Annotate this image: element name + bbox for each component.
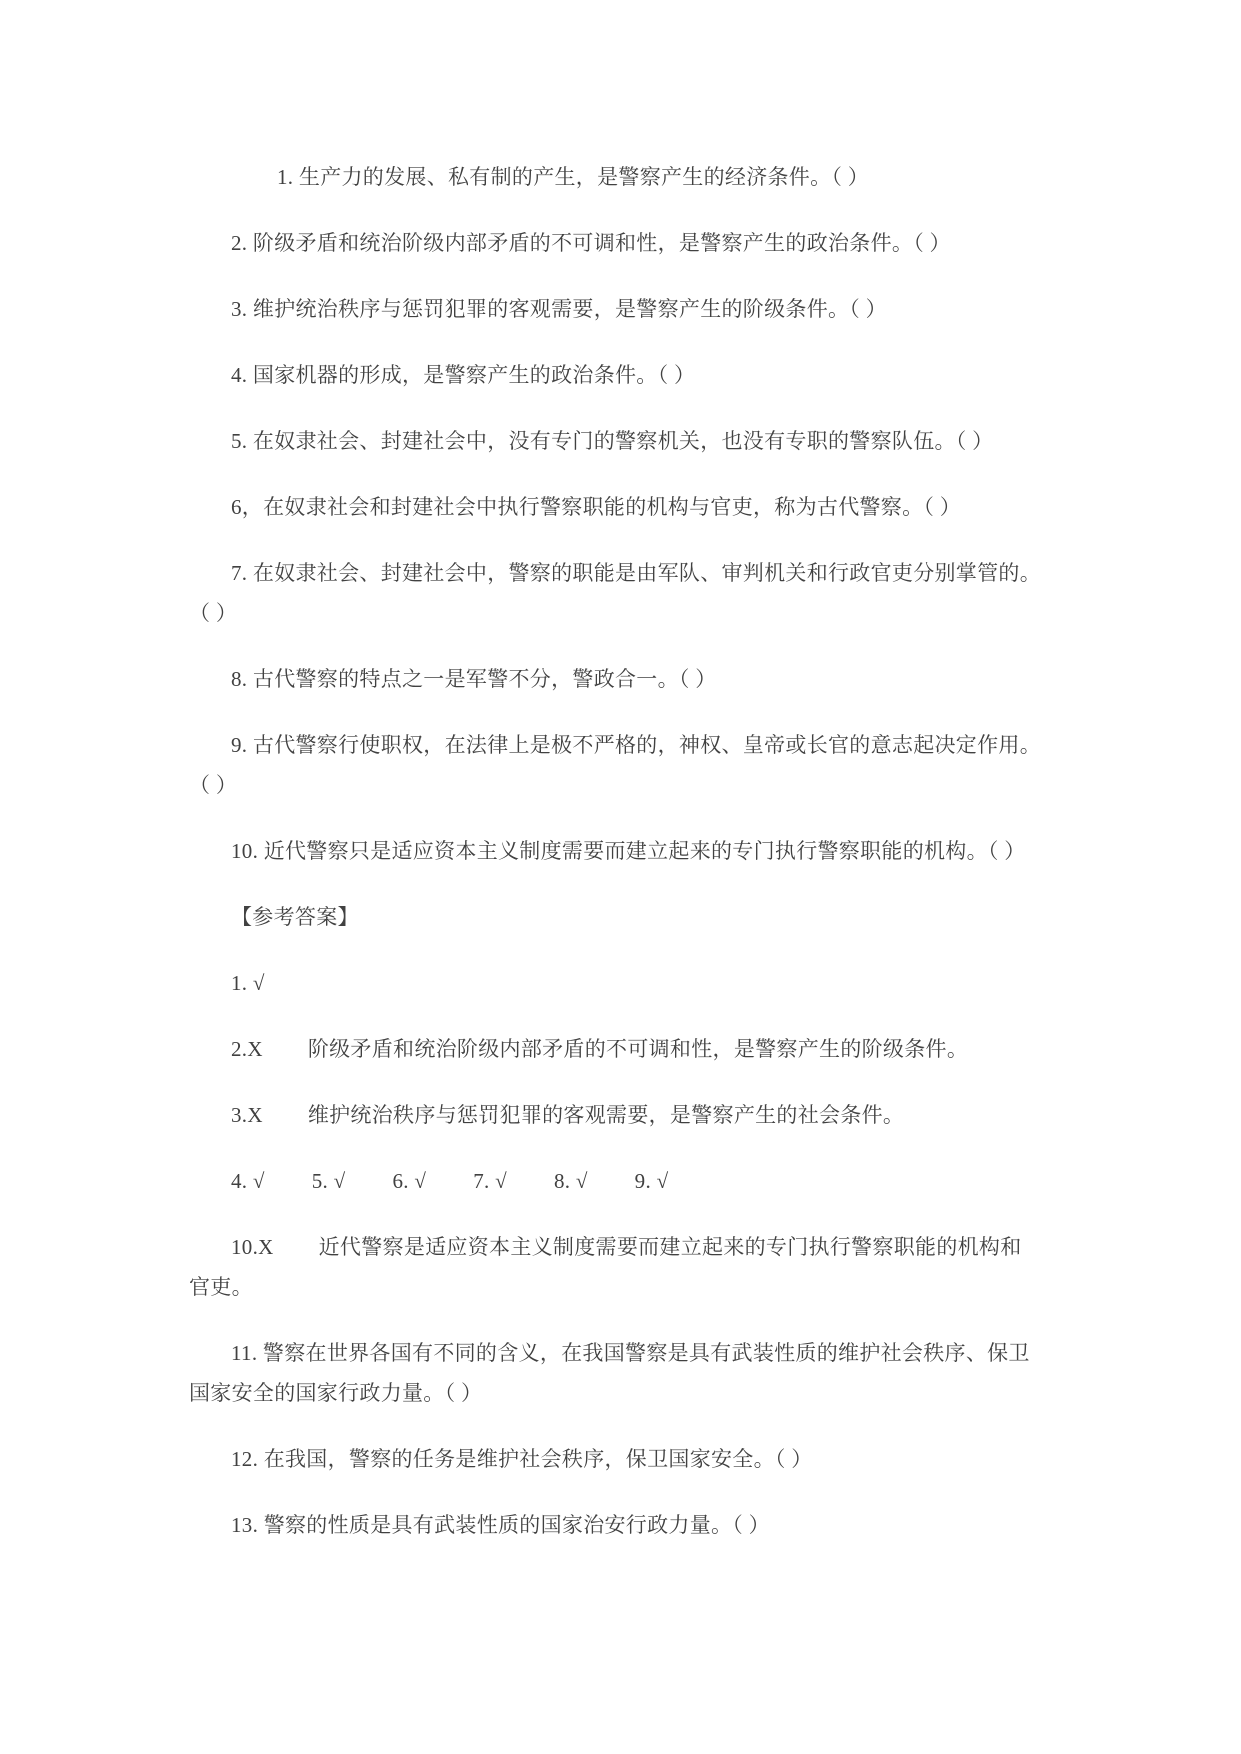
answer-mark: 10.X: [231, 1235, 274, 1259]
question-5: 5. 在奴隶社会、封建社会中，没有专门的警察机关，也没有专职的警察队伍。（ ）: [189, 421, 1079, 461]
answer-10: 10.X近代警察是适应资本主义制度需要而建立起来的专门执行警察职能的机构和 官吏…: [189, 1227, 1079, 1307]
answer-row: 4. √5. √6. √7. √8. √9. √: [189, 1161, 1079, 1201]
question-10: 10. 近代警察只是适应资本主义制度需要而建立起来的专门执行警察职能的机构。（ …: [189, 831, 1079, 871]
answer-key-title-text: 【参考答案】: [189, 897, 1079, 937]
question-text: 6，在奴隶社会和封建社会中执行警察职能的机构与官吏，称为古代警察。（ ）: [189, 487, 1079, 527]
question-6: 6，在奴隶社会和封建社会中执行警察职能的机构与官吏，称为古代警察。（ ）: [189, 487, 1079, 527]
question-text: 5. 在奴隶社会、封建社会中，没有专门的警察机关，也没有专职的警察队伍。（ ）: [189, 421, 1079, 461]
question-text: 3. 维护统治秩序与惩罚犯罪的客观需要，是警察产生的阶级条件。（ ）: [189, 289, 1079, 329]
question-7: 7. 在奴隶社会、封建社会中，警察的职能是由军队、审判机关和行政官吏分别掌管的。…: [189, 553, 1079, 633]
question-text: 4. 国家机器的形成，是警察产生的政治条件。（ ）: [189, 355, 1079, 395]
question-text: 11. 警察在世界各国有不同的含义，在我国警察是具有武装性质的维护社会秩序、保卫: [189, 1333, 1079, 1373]
question-text: 8. 古代警察的特点之一是军警不分，警政合一。（ ）: [189, 659, 1079, 699]
answer-item: 6. √: [392, 1169, 426, 1193]
document-body: 1. 生产力的发展、私有制的产生，是警察产生的经济条件。（ ） 2. 阶级矛盾和…: [189, 157, 1079, 1571]
question-8: 8. 古代警察的特点之一是军警不分，警政合一。（ ）: [189, 659, 1079, 699]
answer-1: 1. √: [189, 963, 1079, 1003]
document-page: 1. 生产力的发展、私有制的产生，是警察产生的经济条件。（ ） 2. 阶级矛盾和…: [0, 0, 1241, 1754]
question-1: 1. 生产力的发展、私有制的产生，是警察产生的经济条件。（ ）: [189, 157, 1079, 197]
question-3: 3. 维护统治秩序与惩罚犯罪的客观需要，是警察产生的阶级条件。（ ）: [189, 289, 1079, 329]
question-text: 1. 生产力的发展、私有制的产生，是警察产生的经济条件。（ ）: [189, 157, 1079, 197]
answer-correction-text: 阶级矛盾和统治阶级内部矛盾的不可调和性，是警察产生的阶级条件。: [308, 1037, 968, 1061]
answer-item: 9. √: [635, 1169, 669, 1193]
question-text: 10. 近代警察只是适应资本主义制度需要而建立起来的专门执行警察职能的机构。（ …: [189, 831, 1079, 871]
question-text-continuation: （ ）: [189, 765, 1079, 805]
answer-line: 2.X阶级矛盾和统治阶级内部矛盾的不可调和性，是警察产生的阶级条件。: [189, 1029, 1079, 1069]
question-text: 12. 在我国，警察的任务是维护社会秩序，保卫国家安全。（ ）: [189, 1439, 1079, 1479]
answer-key-section-title: 【参考答案】: [189, 897, 1079, 937]
answer-item: 5. √: [312, 1169, 346, 1193]
question-2: 2. 阶级矛盾和统治阶级内部矛盾的不可调和性，是警察产生的政治条件。（ ）: [189, 223, 1079, 263]
answer-2: 2.X阶级矛盾和统治阶级内部矛盾的不可调和性，是警察产生的阶级条件。: [189, 1029, 1079, 1069]
answer-mark: 2.X: [231, 1037, 263, 1061]
answer-mark: 3.X: [231, 1103, 263, 1127]
answer-correction-text: 维护统治秩序与惩罚犯罪的客观需要，是警察产生的社会条件。: [308, 1103, 904, 1127]
answer-item: 7. √: [473, 1169, 507, 1193]
answer-line: 3.X维护统治秩序与惩罚犯罪的客观需要，是警察产生的社会条件。: [189, 1095, 1079, 1135]
question-text: 13. 警察的性质是具有武装性质的国家治安行政力量。（ ）: [189, 1505, 1079, 1545]
question-text: 2. 阶级矛盾和统治阶级内部矛盾的不可调和性，是警察产生的政治条件。（ ）: [189, 223, 1079, 263]
answer-row-4-9: 4. √5. √6. √7. √8. √9. √: [189, 1161, 1079, 1201]
question-text: 7. 在奴隶社会、封建社会中，警察的职能是由军队、审判机关和行政官吏分别掌管的。: [189, 553, 1079, 593]
answer-text-continuation: 官吏。: [189, 1267, 1079, 1307]
question-text: 9. 古代警察行使职权，在法律上是极不严格的，神权、皇帝或长官的意志起决定作用。: [189, 725, 1079, 765]
answer-3: 3.X维护统治秩序与惩罚犯罪的客观需要，是警察产生的社会条件。: [189, 1095, 1079, 1135]
answer-line: 10.X近代警察是适应资本主义制度需要而建立起来的专门执行警察职能的机构和: [189, 1227, 1079, 1267]
question-11: 11. 警察在世界各国有不同的含义，在我国警察是具有武装性质的维护社会秩序、保卫…: [189, 1333, 1079, 1413]
question-9: 9. 古代警察行使职权，在法律上是极不严格的，神权、皇帝或长官的意志起决定作用。…: [189, 725, 1079, 805]
answer-text: 1. √: [189, 963, 1079, 1003]
answer-correction-text: 近代警察是适应资本主义制度需要而建立起来的专门执行警察职能的机构和: [319, 1235, 1022, 1259]
question-text-continuation: 国家安全的国家行政力量。（ ）: [189, 1373, 1079, 1413]
answer-item: 4. √: [231, 1169, 265, 1193]
question-text-continuation: （ ）: [189, 593, 1079, 633]
question-4: 4. 国家机器的形成，是警察产生的政治条件。（ ）: [189, 355, 1079, 395]
answer-item: 8. √: [554, 1169, 588, 1193]
question-12: 12. 在我国，警察的任务是维护社会秩序，保卫国家安全。（ ）: [189, 1439, 1079, 1479]
question-13: 13. 警察的性质是具有武装性质的国家治安行政力量。（ ）: [189, 1505, 1079, 1545]
